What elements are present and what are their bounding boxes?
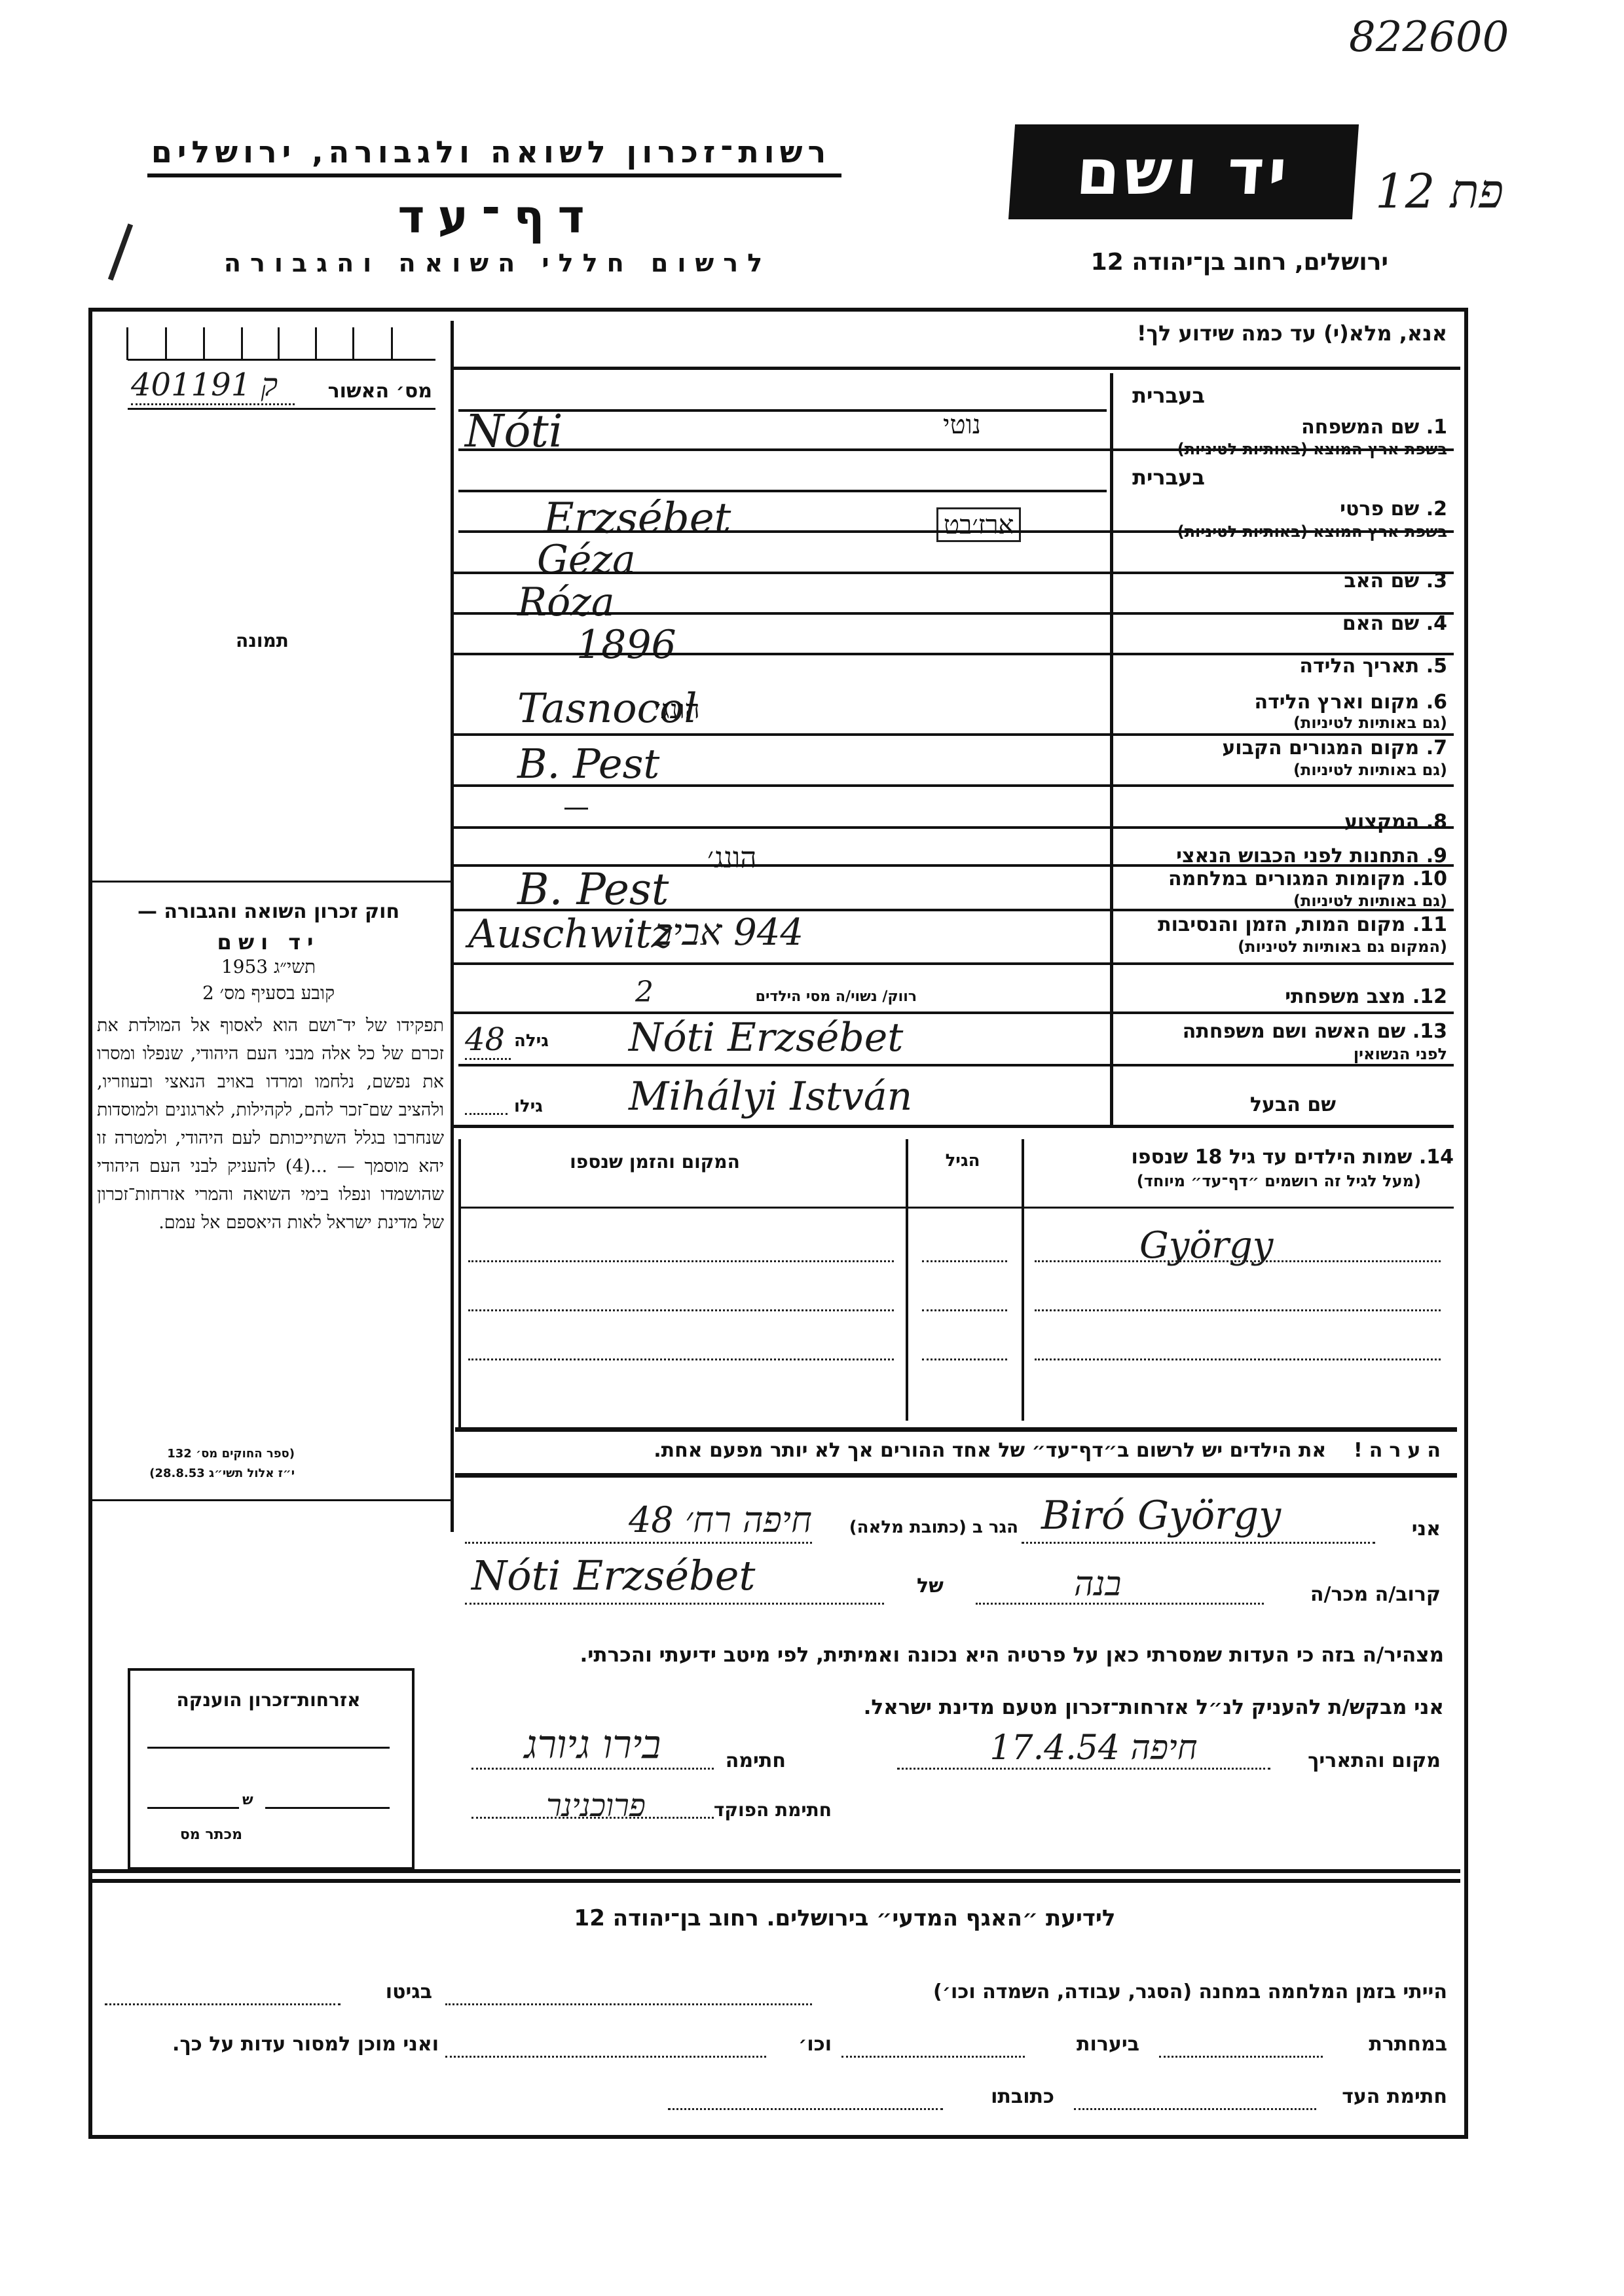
photo-label: תמונה: [236, 630, 289, 651]
footer-line1-a: הייתי בזמן המלחמה במחנה (הסגר, עבודה, הש…: [832, 1980, 1447, 2003]
children-sub: (מעל לגיל זה רושמים ״דף־עד״ מיוחד): [1054, 1172, 1421, 1190]
logo-text: יד ושם: [1074, 136, 1293, 209]
tick: [278, 327, 280, 360]
tick: [126, 327, 128, 360]
row-line: [458, 448, 1454, 451]
law-year-heb: תשי״ג: [274, 956, 316, 977]
field-label: 13. שם האשה ושם משפחתה: [1113, 1020, 1447, 1043]
approval-label: מס׳ האשור: [301, 380, 432, 403]
law-year: תשי״ג 1953: [98, 956, 439, 978]
field-label: 4. שם האם: [1113, 612, 1447, 635]
children-left-border: [458, 1139, 461, 1427]
field-label: 12. מצב משפחתי: [1113, 985, 1447, 1008]
law-title: חוק זכרון השואה והגבורה —: [98, 900, 439, 923]
declaration-statement: מצהיר/ה בזה כי העדות שמסרתי כאן על פרטיה…: [458, 1643, 1444, 1667]
law-footnote-2: י״ז אלול תשי״ג 28.8.53): [98, 1467, 295, 1480]
footer-line3-a: חתימת העד: [1329, 2085, 1447, 2108]
tick: [241, 327, 243, 360]
field-sub: (גם באותיות לטיניות): [1113, 761, 1447, 779]
child-row-line: [922, 1260, 1007, 1262]
footer-line2-a: במחתרת: [1329, 2033, 1447, 2056]
approval-tick-base: [128, 359, 435, 361]
law-box-bottom: [92, 1499, 452, 1501]
field-label: 2. שם פרטי: [1113, 498, 1447, 520]
children-bottom-line: [455, 1427, 1457, 1432]
law-year-greg: 1953: [221, 956, 268, 977]
row-line: [458, 490, 1107, 492]
child-row-line: [468, 1358, 894, 1360]
marital-prefix: רווק/ נשוי/ה מסי הילדים: [655, 989, 917, 1005]
residence-value[interactable]: B. Pest: [517, 740, 659, 788]
place-date-label: מקום והתאריך: [1277, 1749, 1441, 1772]
declarant-address[interactable]: חיפה רח׳ 48: [471, 1499, 812, 1540]
of-label: של: [917, 1575, 944, 1597]
footer-line1-b: בגיטו: [341, 1980, 432, 2003]
row-line: [452, 572, 1454, 574]
law-body: תפקידו של יד־ושם הוא לאסוף אל המולדת את …: [97, 1011, 444, 1237]
form-title: דף־עד: [367, 190, 629, 244]
declaration-request: אני מבקש/ת להעניק לנ״ל אזרחות־זכרון מטעם…: [458, 1696, 1444, 1719]
certificate-line-1: [147, 1747, 390, 1749]
org-underline: [147, 173, 841, 177]
yad-vashem-logo: יד ושם: [1008, 124, 1359, 219]
col-divider-name: [1022, 1139, 1024, 1421]
col-place-header: המקום והזמן שנספו: [524, 1151, 786, 1173]
child-row-line: [1035, 1309, 1441, 1311]
husband-name-value[interactable]: Mihályi István: [629, 1074, 912, 1120]
row-line: [452, 962, 1454, 965]
law-clause: קובע בסעיף מס׳ 2: [98, 982, 439, 1004]
certificate-line-2b: [265, 1807, 390, 1809]
child-row-line: [922, 1358, 1007, 1360]
witness-signature-field[interactable]: [1074, 2108, 1316, 2110]
field-label: 11. מקום המות, הזמן והנסיבות: [1113, 913, 1447, 936]
child-row-line: [1035, 1358, 1441, 1360]
residing-label: הגר ב (כתובת מלאה): [822, 1518, 1018, 1537]
children-count-value[interactable]: 2: [635, 975, 654, 1009]
birthplace-heb-value[interactable]: הונג׳: [655, 694, 700, 725]
note-bottom-line: [455, 1473, 1457, 1478]
field-sub: (המקום גם באותיות לטיניות): [1113, 938, 1447, 956]
profession-value[interactable]: —: [563, 792, 589, 822]
field-sub: (גם באותיות לטיניות): [1113, 714, 1447, 732]
relation-line: [976, 1603, 1264, 1605]
other-field[interactable]: [445, 2056, 766, 2058]
law-box-top: [92, 881, 452, 883]
row-line: [452, 1011, 1454, 1014]
wife-age-label: גילה: [514, 1031, 549, 1051]
certificate-line-3-label: מכתר מס: [144, 1827, 242, 1843]
row-line: [452, 733, 1454, 736]
address: ירושלים, רחוב בן־יהודה 12: [1022, 249, 1388, 276]
approval-line: [128, 408, 435, 410]
footer-title: לידיעת ״האגף המדעי״ בירושלים. רחוב בן־יה…: [458, 1905, 1231, 1931]
wife-name-value[interactable]: Nóti Erzsébet: [629, 1015, 903, 1061]
mother-name-value[interactable]: Róza: [517, 579, 615, 625]
children-title: 14. שמות הילדים עד גיל 18 שנספו: [1054, 1146, 1454, 1169]
footer-separator-2: [92, 1879, 1460, 1883]
heb-tag: בעברית: [1120, 383, 1205, 408]
field-sub: לפני הנשואין: [1113, 1045, 1447, 1063]
child-row-line: [922, 1309, 1007, 1311]
tick: [165, 327, 167, 360]
child-row-line: [468, 1260, 894, 1262]
of-name-value[interactable]: Nóti Erzsébet: [471, 1552, 755, 1599]
footer-line2-b: ביערות: [1035, 2033, 1139, 2056]
note: הערה! את הילדים יש לרשום ב״דף־עד״ של אחד…: [465, 1439, 1447, 1462]
family-name-heb-value[interactable]: נוטי: [943, 409, 981, 440]
row-line: [452, 1125, 1454, 1128]
officer-label: חתימת הפוקד: [720, 1799, 832, 1821]
address-line: [465, 1542, 812, 1544]
child-row-line: [1035, 1260, 1441, 1262]
footer-line2-d: ואני מוכן למסור עדות על כך.: [98, 2033, 439, 2056]
row-line: [452, 612, 1454, 615]
row-line: [458, 1064, 1454, 1066]
field-label: 6. מקום וארץ הלידה: [1113, 691, 1447, 714]
wife-age-value[interactable]: 48: [465, 1021, 511, 1060]
tick: [352, 327, 354, 360]
margin-pen-mark: [108, 223, 133, 280]
note-text: את הילדים יש לרשום ב״דף־עד״ של אחד ההורי…: [654, 1439, 1326, 1462]
wartime-residence-value[interactable]: B. Pest: [517, 864, 669, 915]
forests-field[interactable]: [841, 2056, 1025, 2058]
col-divider-age: [906, 1139, 908, 1421]
field-label: 7. מקום המגורים הקבוע: [1113, 737, 1447, 759]
footer-line3-b: כתובתו: [956, 2085, 1054, 2108]
father-name-value[interactable]: Géza: [537, 537, 636, 583]
death-date-value[interactable]: 944 אביב: [655, 911, 803, 954]
page-ref: פת 12: [1375, 164, 1504, 219]
instructions-underline: [452, 367, 1460, 370]
child-row-line: [468, 1309, 894, 1311]
signature-line: [471, 1768, 714, 1770]
underground-field[interactable]: [1159, 2056, 1323, 2058]
footer-separator-1: [92, 1869, 1460, 1873]
tick: [203, 327, 205, 360]
declaration-ani: אני: [1395, 1518, 1441, 1540]
left-column-divider: [451, 321, 454, 1532]
instructions: אנא, מלא(י) עד כמה שידוע לך!: [1048, 321, 1447, 346]
death-place-value[interactable]: Auschwitz: [468, 911, 672, 957]
row-line: [452, 653, 1454, 655]
officer-line: [471, 1817, 714, 1819]
tick: [391, 327, 393, 360]
field-label: שם הבעל: [1120, 1093, 1336, 1116]
certificate-title: אזרחות־זכרון הוענקה: [141, 1689, 396, 1711]
declarant-name-line: [1022, 1542, 1375, 1544]
row-line: [458, 530, 1454, 533]
husband-age-label: גילו: [514, 1097, 543, 1116]
row-line: [452, 826, 1454, 829]
law-name: יד ושם: [98, 930, 439, 955]
place-date-line: [897, 1768, 1270, 1770]
org-line: רשות־זכרון לשואה ולגבורה, ירושלים: [144, 134, 838, 170]
citizenship-value[interactable]: הונג׳: [707, 841, 757, 875]
field-label: 8. המקצוע: [1113, 811, 1447, 833]
first-name-value[interactable]: Erzsébet: [544, 494, 731, 543]
law-footnote-1: (ספר החוקים מס׳ 132: [98, 1447, 295, 1461]
field-label: 1. שם המשפחה: [1113, 416, 1447, 439]
first-name-heb-value[interactable]: ארז׳בט: [936, 507, 1021, 542]
witness-address-field[interactable]: [668, 2108, 943, 2110]
field-label: 10. מקומות המגורים במלחמה: [1113, 867, 1447, 890]
field-label: 5. תאריך הלידה: [1113, 655, 1447, 678]
note-label: הערה!: [1354, 1439, 1447, 1462]
approval-number[interactable]: 401191 ק: [131, 367, 295, 405]
place-date-value[interactable]: חיפה 17.4.54: [917, 1728, 1270, 1768]
row-line: [458, 409, 1107, 412]
row-line: [452, 784, 1454, 787]
field-sub: (גם באותיות לטיניות): [1113, 892, 1447, 910]
archive-number: 822600: [1349, 13, 1509, 62]
of-name-line: [465, 1603, 884, 1605]
footer-line2-c: וכו׳: [773, 2033, 832, 2056]
heb-tag: בעברית: [1120, 465, 1205, 490]
form-subtitle: לרשום חללי השואה והגבורה: [216, 249, 779, 278]
relation-label: קרוב/ה מכר/ה: [1277, 1583, 1441, 1606]
signature-label: חתימה: [720, 1749, 786, 1772]
husband-age-value[interactable]: [465, 1113, 507, 1115]
certificate-line-2-label: ש: [242, 1792, 253, 1808]
signature-value[interactable]: בירו גיורג: [471, 1722, 714, 1768]
relation-value[interactable]: בנה: [1074, 1565, 1121, 1604]
tick: [315, 327, 317, 360]
camp-field[interactable]: [445, 2003, 812, 2005]
ghetto-field[interactable]: [105, 2003, 341, 2005]
col-age-header: הגיל: [930, 1151, 995, 1171]
children-header-line: [458, 1207, 1454, 1209]
declarant-name[interactable]: Biró György: [1041, 1493, 1281, 1539]
birth-date-value[interactable]: 1896: [576, 622, 676, 668]
certificate-line-2: [147, 1807, 239, 1809]
